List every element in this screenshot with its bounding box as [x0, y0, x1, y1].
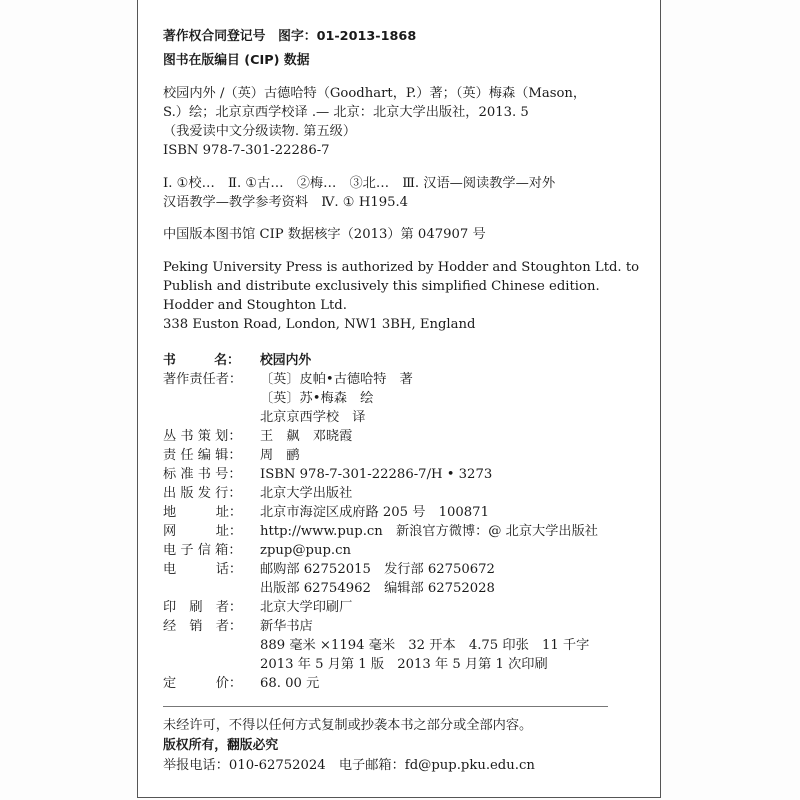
info-label: 网 址： [163, 524, 260, 540]
separator-rule [163, 706, 608, 707]
info-value: 2013 年 5 月第 1 版 2013 年 5 月第 1 次印刷 [260, 657, 548, 673]
info-label: 出 版 发 行： [163, 486, 260, 502]
isbn-line: ISBN 978-7-301-22286-7 [163, 143, 330, 159]
book-info-row: 地 址：北京市海淀区成府路 205 号 100871 [163, 505, 489, 521]
info-value: 邮购部 62752015 发行部 62750672 [260, 562, 495, 578]
info-label: 著作责任者： [163, 372, 260, 388]
book-info-row: 经 销 者：新华书店 [163, 619, 313, 635]
cip-line: （我爱读中文分级读物. 第五级） [163, 124, 356, 140]
copyright-page: 著作权合同登记号 图字：01-2013-1868 图书在版编目 (CIP) 数据… [137, 0, 661, 798]
book-info-row: 电 话：邮购部 62752015 发行部 62750672 [163, 562, 495, 578]
book-info-row: 2013 年 5 月第 1 版 2013 年 5 月第 1 次印刷 [163, 657, 548, 673]
book-info-row: 责 任 编 辑：周 鹂 [163, 448, 300, 464]
english-notice-line: 338 Euston Road, London, NW1 3BH, Englan… [163, 317, 475, 333]
book-info-row: 丛 书 策 划：王 飙 邓晓霞 [163, 429, 352, 445]
info-value: ISBN 978-7-301-22286-7/H • 3273 [260, 467, 492, 483]
info-label: 印 刷 者： [163, 600, 260, 616]
info-label: 定 价： [163, 676, 260, 692]
info-value: 68. 00 元 [260, 676, 319, 692]
info-label: 标 准 书 号： [163, 467, 260, 483]
info-value: 新华书店 [260, 619, 313, 635]
cip-line: 校园内外 /（英）古德哈特（Goodhart，P.）著；（英）梅森（Mason， [163, 86, 586, 102]
info-value: http://www.pup.cn 新浪官方微博：@ 北京大学出版社 [260, 524, 598, 540]
info-value: 889 毫米 ×1194 毫米 32 开本 4.75 印张 11 千字 [260, 638, 589, 654]
rights-reserved: 版权所有，翻版必究 [163, 738, 278, 754]
cip-number: 中国版本图书馆 CIP 数据核字（2013）第 047907 号 [163, 227, 486, 243]
report-contact: 举报电话：010-62752024 电子邮箱：fd@pup.pku.edu.cn [163, 758, 535, 774]
english-notice-line: Hodder and Stoughton Ltd. [163, 298, 347, 314]
info-value: 北京京西学校 译 [260, 410, 366, 426]
subject-line: 汉语教学—教学参考资料 Ⅳ. ① H195.4 [163, 195, 408, 211]
book-info-row: 北京京西学校 译 [163, 410, 366, 426]
book-info-row: 889 毫米 ×1194 毫米 32 开本 4.75 印张 11 千字 [163, 638, 589, 654]
book-info-row: 网 址：http://www.pup.cn 新浪官方微博：@ 北京大学出版社 [163, 524, 598, 540]
info-label: 电 话： [163, 562, 260, 578]
info-label: 电 子 信 箱： [163, 543, 260, 559]
subject-line: Ⅰ. ①校… Ⅱ. ①古… ②梅… ③北… Ⅲ. 汉语—阅读教学—对外 [163, 176, 555, 192]
copy-notice: 未经许可，不得以任何方式复制或抄袭本书之部分或全部内容。 [163, 718, 532, 734]
book-info-row: 标 准 书 号：ISBN 978-7-301-22286-7/H • 3273 [163, 467, 492, 483]
english-notice-line: Publish and distribute exclusively this … [163, 279, 600, 295]
book-info-row: 出版部 62754962 编辑部 62752028 [163, 581, 495, 597]
book-info-row: 书 名：校园内外 [163, 353, 311, 369]
info-value: 北京市海淀区成府路 205 号 100871 [260, 505, 489, 521]
book-info-row: 著作责任者：〔英〕皮帕•古德哈特 著 [163, 372, 413, 388]
info-label: 经 销 者： [163, 619, 260, 635]
registration-number: 著作权合同登记号 图字：01-2013-1868 [163, 29, 416, 45]
english-notice-line: Peking University Press is authorized by… [163, 260, 639, 276]
book-info-row: 印 刷 者：北京大学印刷厂 [163, 600, 352, 616]
info-value: 王 飙 邓晓霞 [260, 429, 352, 445]
info-value: 出版部 62754962 编辑部 62752028 [260, 581, 495, 597]
info-value: 〔英〕皮帕•古德哈特 著 [260, 372, 413, 388]
info-value: 北京大学出版社 [260, 486, 352, 502]
info-label: 书 名： [163, 353, 260, 369]
book-info-row: 定 价：68. 00 元 [163, 676, 319, 692]
book-info-row: 出 版 发 行：北京大学出版社 [163, 486, 352, 502]
info-value: 〔英〕苏•梅森 绘 [260, 391, 373, 407]
info-value: 校园内外 [260, 353, 311, 369]
cip-title: 图书在版编目 (CIP) 数据 [163, 53, 310, 69]
info-label: 责 任 编 辑： [163, 448, 260, 464]
cip-line: S.）绘；北京京西学校译 .— 北京：北京大学出版社，2013. 5 [163, 105, 529, 121]
book-info-row: 电 子 信 箱：zpup@pup.cn [163, 543, 351, 559]
info-value: 周 鹂 [260, 448, 300, 464]
info-label: 丛 书 策 划： [163, 429, 260, 445]
info-value: 北京大学印刷厂 [260, 600, 352, 616]
info-label: 地 址： [163, 505, 260, 521]
book-info-row: 〔英〕苏•梅森 绘 [163, 391, 373, 407]
info-value: zpup@pup.cn [260, 543, 351, 559]
